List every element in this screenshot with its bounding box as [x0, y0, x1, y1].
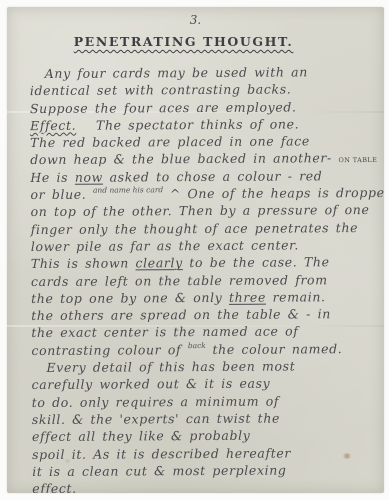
text-line: the exact center is the named ace of: [31, 322, 378, 341]
text-segment: the top one by one & only: [31, 290, 229, 306]
underlined-text: clearly: [135, 255, 182, 270]
text-segment: down heap & the blue backed in another-: [30, 151, 338, 168]
text-line: or blue. and name his card ^ One of the …: [30, 184, 377, 203]
text-line: The red backed are placed in one face: [30, 132, 377, 151]
text-line: on top of the other. Then by a pressure …: [31, 201, 378, 220]
paper-stain: [343, 453, 351, 459]
text-line: effect all they like & probably: [32, 426, 379, 445]
text-segment: ^ One of the heaps is dropped squarely: [163, 185, 384, 202]
text-segment: spoil it. As it is described hereafter: [32, 445, 291, 462]
text-segment: skill. & the 'experts' can twist the: [32, 410, 280, 427]
text-line: carefully worked out & it is easy: [32, 374, 379, 393]
underlined-text: three: [229, 289, 266, 304]
text-line: the others are spread on the table & - i…: [31, 305, 378, 324]
text-segment: effect all they like & probably: [32, 428, 251, 444]
page-number: 3.: [7, 13, 384, 27]
text-segment: it is a clean cut & most perplexing: [32, 462, 286, 479]
margin-annotation: ON TABLE: [338, 156, 377, 164]
text-segment: asked to chose a colour - red: [103, 168, 323, 184]
text-segment: This is shown: [31, 256, 136, 272]
text-segment: contrasting colour of: [31, 342, 188, 358]
scanned-page-photo: 3. PENETRATING THOUGHT. Any four cards m…: [0, 0, 389, 500]
text-segment: on top of the other. Then by a pressure …: [31, 202, 370, 219]
text-segment: or blue.: [30, 187, 93, 202]
handwritten-body: Any four cards may be used with anidenti…: [30, 63, 380, 493]
text-line: identical set with contrasting backs.: [30, 80, 377, 99]
text-line: the top one by one & only three remain.: [31, 288, 378, 307]
text-line: to do. only requires a minimum of: [32, 392, 379, 411]
text-line: lower pile as far as the exact center.: [31, 236, 378, 255]
text-segment: He is: [30, 170, 75, 185]
text-segment: the others are spread on the table & - i…: [31, 306, 331, 323]
text-line: Effect. The spectator thinks of one.: [30, 115, 377, 134]
text-segment: The red backed are placed in one face: [30, 134, 310, 151]
text-line: spoil it. As it is described hereafter: [32, 443, 379, 462]
text-segment: identical set with contrasting backs.: [30, 82, 292, 99]
paper-stain: [65, 459, 70, 463]
text-segment: effect.: [32, 481, 77, 493]
text-line: Any four cards may be used with an: [30, 63, 377, 82]
text-segment: remain.: [266, 289, 326, 304]
text-segment: the exact center is the named ace of: [31, 324, 298, 341]
text-segment: The spectator thinks of one.: [76, 116, 299, 132]
text-line: finger only the thought of ace penetrate…: [31, 219, 378, 238]
inserted-annotation: back: [188, 341, 206, 350]
text-line: This is shown clearly to be the case. Th…: [31, 253, 378, 272]
text-line: Every detail of this has been most: [31, 357, 378, 376]
underlined-text: Effect.: [30, 118, 76, 133]
text-segment: cards are left on the table removed from: [31, 272, 328, 289]
text-line: cards are left on the table removed from: [31, 271, 378, 290]
text-line: He is now asked to chose a colour - red: [30, 167, 377, 186]
text-segment: to be the case. The: [183, 255, 330, 271]
underlined-text: now: [75, 169, 103, 184]
text-segment: Any four cards may be used with an: [45, 64, 308, 81]
text-segment: Suppose the four aces are employed.: [30, 99, 297, 116]
text-segment: the colour named.: [206, 341, 343, 357]
text-segment: lower pile as far as the exact center.: [31, 237, 299, 254]
page-title: PENETRATING THOUGHT.: [7, 34, 360, 50]
text-segment: to do. only requires a minimum of: [32, 393, 279, 410]
text-segment: finger only the thought of ace penetrate…: [31, 220, 359, 237]
text-line: contrasting colour of back the colour na…: [31, 340, 378, 359]
text-line: down heap & the blue backed in another- …: [30, 149, 377, 168]
inserted-annotation: and name his card: [93, 185, 163, 194]
handwritten-page: 3. PENETRATING THOUGHT. Any four cards m…: [7, 7, 384, 493]
text-line: Suppose the four aces are employed.: [30, 98, 377, 117]
text-segment: carefully worked out & it is easy: [32, 376, 271, 392]
text-line: it is a clean cut & most perplexing: [32, 461, 379, 480]
text-line: skill. & the 'experts' can twist the: [32, 409, 379, 428]
text-line: effect.: [32, 478, 379, 493]
text-segment: Every detail of this has been most: [46, 358, 295, 375]
